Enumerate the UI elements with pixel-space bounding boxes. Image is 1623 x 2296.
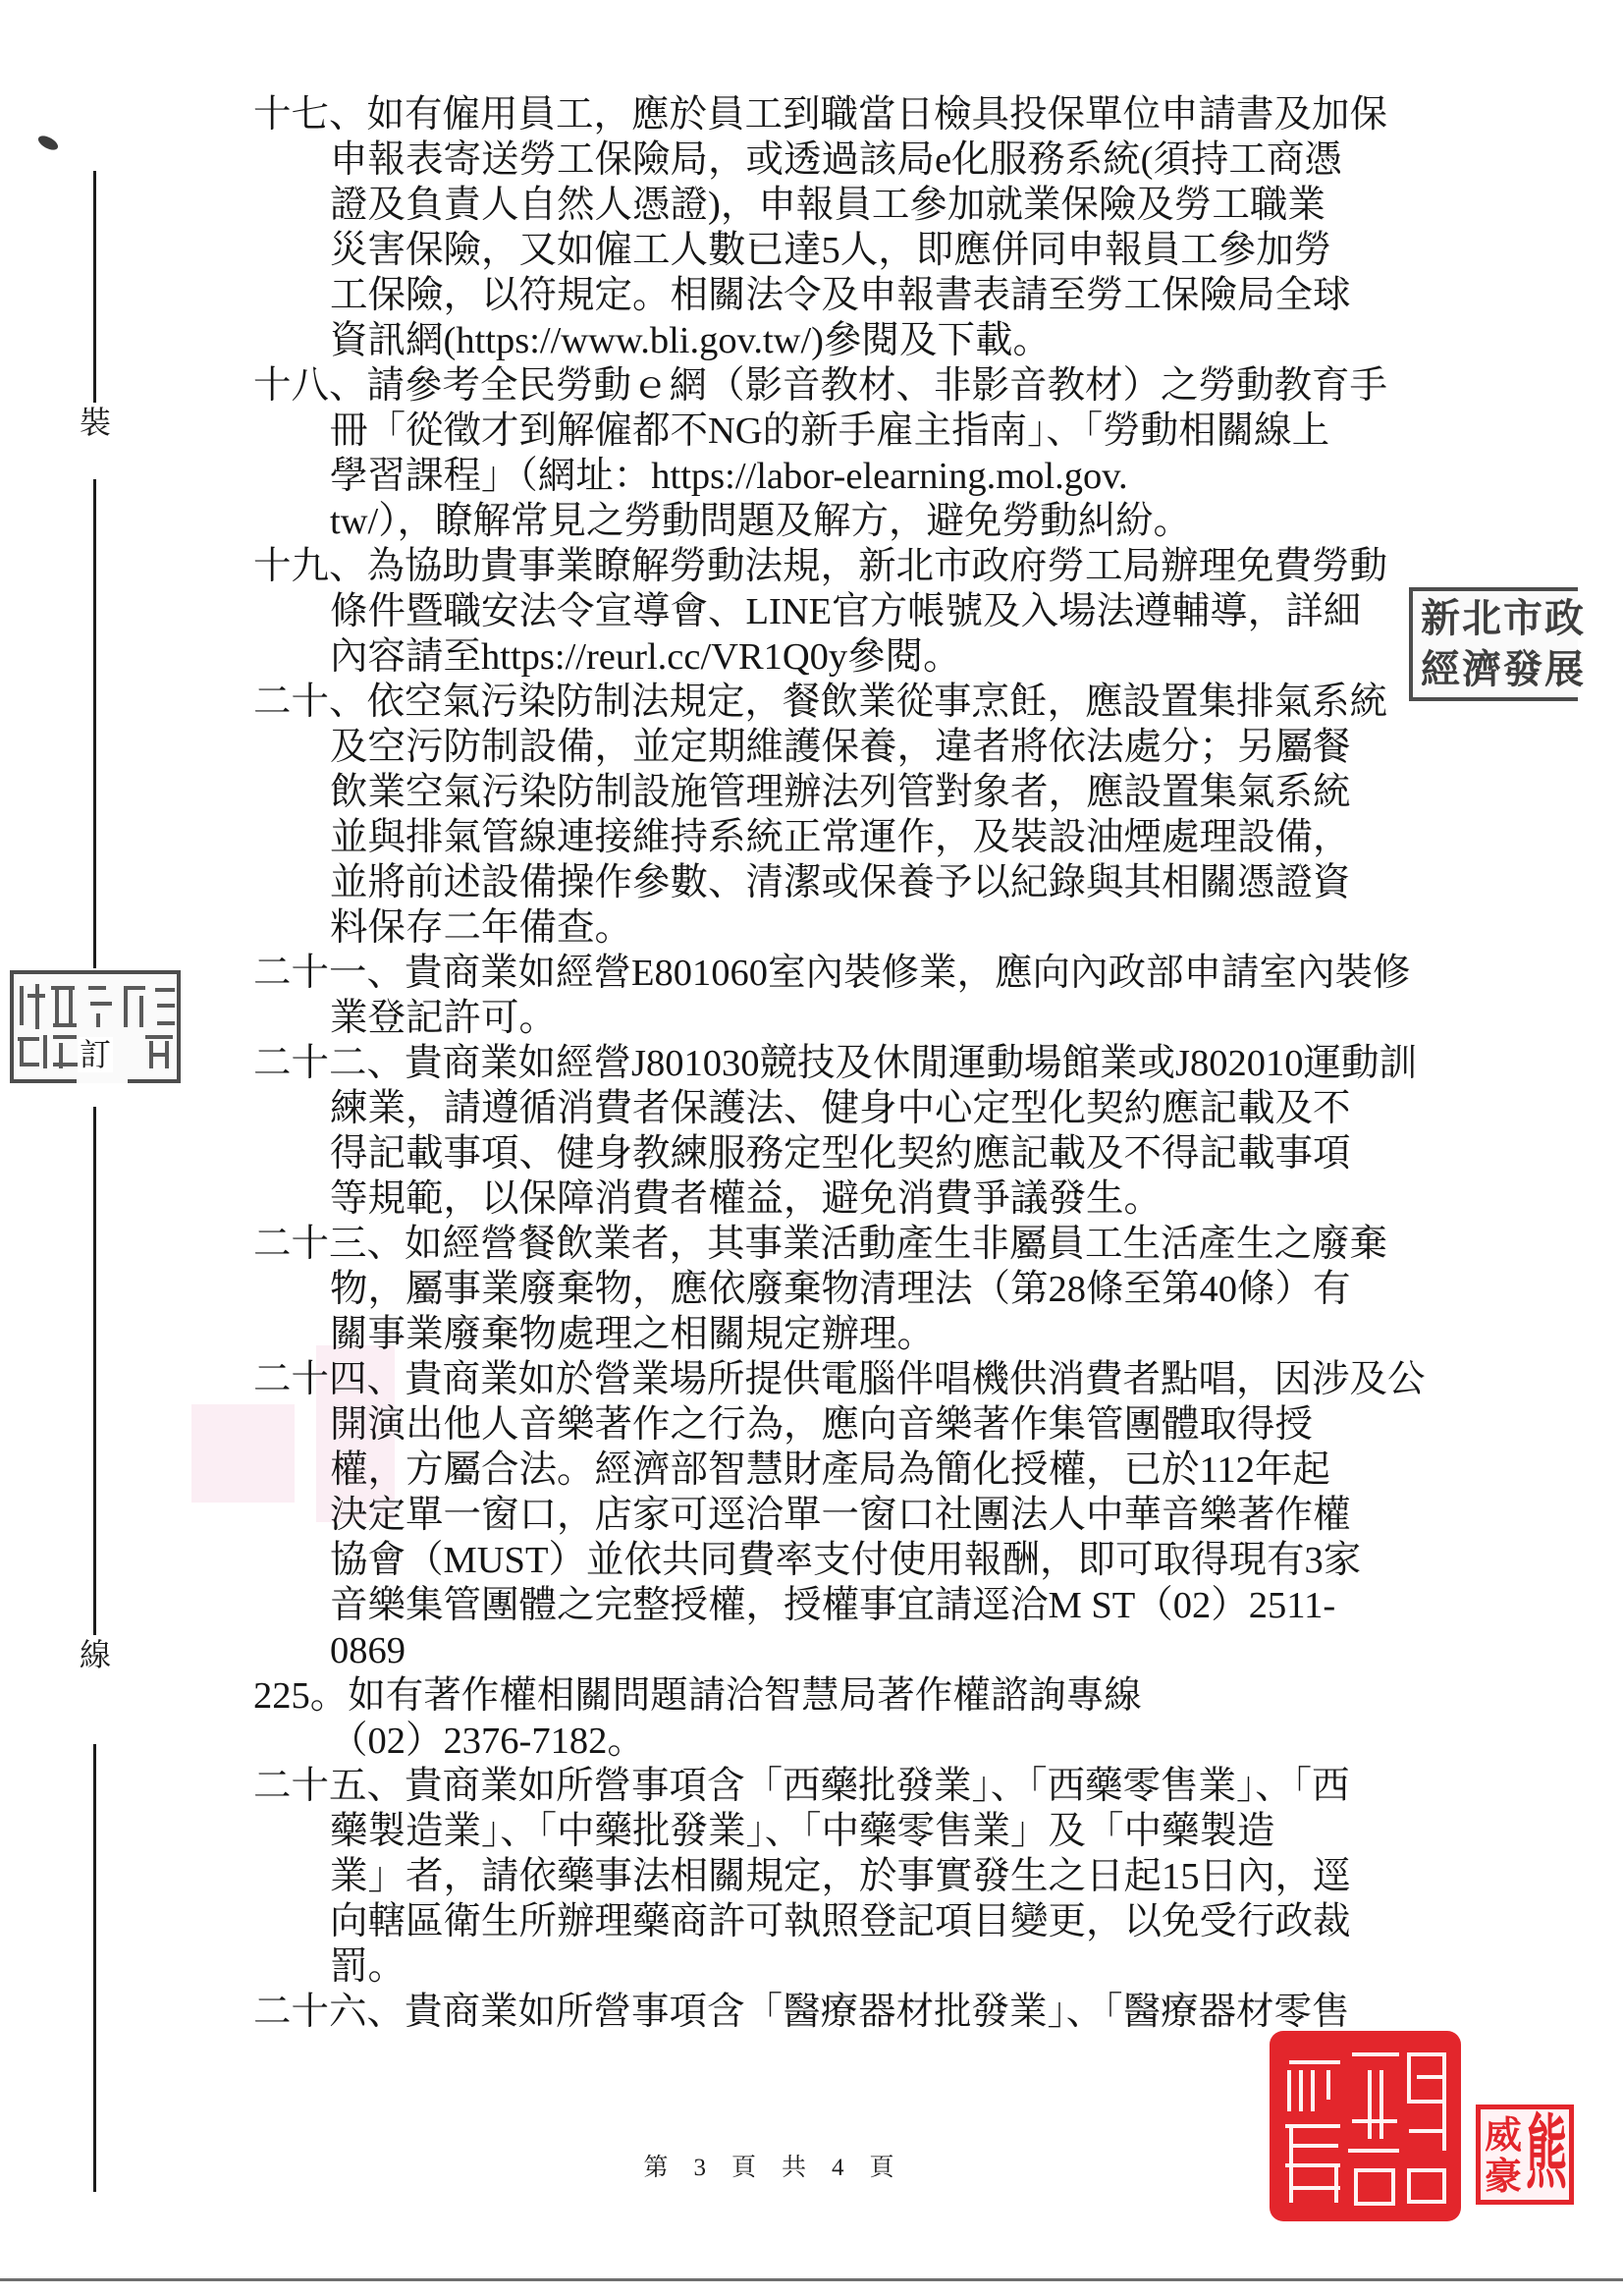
- item-24-line: 二十四、貴商業如於營業場所提供電腦伴唱機供消費者點唱，因涉及公: [0, 1357, 1623, 1402]
- item-20-line: 並與排氣管線連接維持系統正常運作，及裝設油煙處理設備，: [0, 815, 1623, 860]
- seal-stroke: [1352, 2052, 1399, 2056]
- seal-stroke: [1391, 2168, 1395, 2206]
- item-24-line: 開演出他人音樂著作之行為，應向音樂著作集管團體取得授: [0, 1402, 1623, 1448]
- seal-stroke: [1289, 2060, 1340, 2064]
- item-25-line: 罰。: [0, 1944, 1623, 1990]
- seal-stroke: [1417, 2075, 1442, 2079]
- personal-seal: 熊 威 豪: [1476, 2105, 1574, 2205]
- seal-char: 豪: [1485, 2157, 1522, 2196]
- item-17-line: 災害保險，又如僱工人數已達5人，即應併同申報員工參加勞: [0, 228, 1623, 273]
- item-22-line: 練業，請遵循消費者保護法、健身中心定型化契約應記載及不: [0, 1086, 1623, 1131]
- item-25-line: 向轄區衛生所辦理藥商許可執照登記項目變更，以免受行政裁: [0, 1899, 1623, 1944]
- item-21-line: 業登記許可。: [0, 996, 1623, 1041]
- seal-stroke: [1285, 2124, 1340, 2128]
- item-20-line: 二十、依空氣污染防制法規定，餐飲業從事烹飪，應設置集排氣系統: [0, 680, 1623, 725]
- item-22-line: 二十二、貴商業如經營J801030競技及休閒運動場館業或J802010運動訓: [0, 1041, 1623, 1086]
- item-25-line: 藥製造業」、「中藥批發業」、「中藥零售業」及「中藥製造: [0, 1809, 1623, 1854]
- item-20-line: 及空污防制設備，並定期維護保養，違者將依法處分；另屬餐: [0, 725, 1623, 770]
- seal-stroke: [1409, 2129, 1444, 2133]
- seal-stroke: [1407, 2200, 1446, 2204]
- seal-stroke: [1311, 2070, 1315, 2111]
- item-17-line: 申報表寄送勞工保險局，或透過該局e化服務系統(須持工商憑: [0, 137, 1623, 183]
- item-24-line: 音樂集管團體之完整授權，授權事宜請逕洽M ST（02）2511-: [0, 1583, 1623, 1628]
- page-prefix: 第: [643, 2153, 668, 2184]
- total-pages: 4: [832, 2153, 844, 2184]
- current-page: 3: [693, 2153, 706, 2184]
- item-20-line: 並將前述設備操作參數、清潔或保養予以紀錄與其相關憑證資: [0, 860, 1623, 905]
- seal-stroke: [1289, 2186, 1340, 2190]
- seal-stroke: [1289, 2144, 1338, 2148]
- item-22-line: 等規範，以保障消費者權益，避免消費爭議發生。: [0, 1176, 1623, 1222]
- seal-stroke: [1380, 2070, 1383, 2139]
- company-seal: [1270, 2031, 1461, 2221]
- item-24-line: 0869: [0, 1628, 1623, 1673]
- seal-stroke: [1407, 2168, 1411, 2204]
- item-18-line: 十八、請參考全民勞動ｅ網（影音教材、非影音教材）之勞動教育手: [0, 363, 1623, 409]
- item-19-line: 十九、為協助貴事業瞭解勞動法規，新北市政府勞工局辦理免費勞動: [0, 544, 1623, 589]
- item-20-line: 料保存二年備查。: [0, 905, 1623, 951]
- item-22-line: 得記載事項、健身教練服務定型化契約應記載及不得記載事項: [0, 1131, 1623, 1176]
- seal-stroke: [1326, 2070, 1330, 2100]
- total-word: 共: [782, 2153, 806, 2184]
- seal-stroke: [1407, 2052, 1446, 2056]
- page-suffix: 頁: [870, 2153, 894, 2184]
- item-25-line: 二十五、貴商業如所營事項含「西藥批發業」、「西藥零售業」、「西: [0, 1764, 1623, 1809]
- item-23-line: 二十三、如經營餐飲業者，其事業活動產生非屬員工生活產生之廢棄: [0, 1222, 1623, 1267]
- page-word: 頁: [731, 2153, 756, 2184]
- item-17-line: 十七、如有僱用員工，應於員工到職當日檢具投保單位申請書及加保: [0, 92, 1623, 137]
- seal-stroke: [1354, 2168, 1395, 2172]
- item-18-line: 學習課程」（網址：https://labor-elearning.mol.gov…: [0, 454, 1623, 499]
- item-18-line: tw/），瞭解常見之勞動問題及解方，避免勞動糾紛。: [0, 499, 1623, 544]
- item-24-line: 協會（MUST）並依共同費率支付使用報酬，即可取得現有3家: [0, 1538, 1623, 1583]
- item-24-line: 決定單一窗口，店家可逕洽單一窗口社團法人中華音樂著作權: [0, 1493, 1623, 1538]
- item-17-line: 證及負責人自然人憑證)，申報員工參加就業保險及勞工職業: [0, 183, 1623, 228]
- seal-stroke: [1285, 2163, 1340, 2167]
- seal-stroke: [1334, 2163, 1338, 2203]
- item-17-line: 工保險，以符規定。相關法令及申報書表請至勞工保險局全球: [0, 273, 1623, 318]
- seal-stroke: [1299, 2070, 1303, 2111]
- scanned-document-page: 裝 線 訂 新北市政 經濟發展: [0, 0, 1623, 2296]
- document-body: 十七、如有僱用員工，應於員工到職當日檢具投保單位申請書及加保 申報表寄送勞工保險…: [0, 92, 1623, 2035]
- item-20-line: 飲業空氣污染防制設施管理辦法列管對象者，應設置集氣系統: [0, 770, 1623, 815]
- item-17-line: 資訊網(https://www.bli.gov.tw/)參閱及下載。: [0, 318, 1623, 363]
- seal-stroke: [1348, 2149, 1399, 2153]
- seal-stroke: [1407, 2168, 1446, 2172]
- seal-char: 威: [1485, 2115, 1522, 2155]
- seal-stroke: [1442, 2052, 1446, 2151]
- item-18-line: 冊「從徵才到解僱都不NG的新手雇主指南」、「勞動相關線上: [0, 409, 1623, 454]
- item-25-line: 業」者，請依藥事法相關規定，於事實發生之日起15日內，逕: [0, 1854, 1623, 1899]
- seal-stroke: [1289, 2124, 1293, 2203]
- seal-stroke: [1407, 2052, 1411, 2102]
- seal-stroke: [1354, 2168, 1358, 2206]
- item-26-line: 二十六、貴商業如所營事項含「醫療器材批發業」、「醫療器材零售: [0, 1990, 1623, 2035]
- seal-stroke: [1442, 2168, 1446, 2204]
- seal-stroke: [1287, 2070, 1291, 2111]
- item-21-line: 二十一、貴商業如經營E801060室內裝修業，應向內政部申請室內裝修: [0, 951, 1623, 996]
- scan-edge-line: [0, 2278, 1623, 2281]
- item-24-line: （02）2376-7182。: [0, 1719, 1623, 1764]
- item-19-line: 內容請至https://reurl.cc/VR1Q0y參閱。: [0, 634, 1623, 680]
- item-23-line: 物，屬事業廢棄物，應依廢棄物清理法（第28條至第40條）有: [0, 1267, 1623, 1312]
- seal-stroke: [1352, 2119, 1397, 2123]
- seal-char: 熊: [1526, 2113, 1567, 2194]
- seal-stroke: [1368, 2070, 1372, 2139]
- seal-stroke: [1354, 2202, 1395, 2206]
- seal-stroke: [1407, 2100, 1442, 2104]
- item-19-line: 條件暨職安法令宣導會、LINE官方帳號及入場法遵輔導，詳細: [0, 589, 1623, 634]
- item-23-line: 關事業廢棄物處理之相關規定辦理。: [0, 1312, 1623, 1357]
- item-24-line: 權，方屬合法。經濟部智慧財產局為簡化授權，已於112年起: [0, 1448, 1623, 1493]
- item-24-line: 225。如有著作權相關問題請洽智慧局著作權諮詢專線: [0, 1673, 1623, 1719]
